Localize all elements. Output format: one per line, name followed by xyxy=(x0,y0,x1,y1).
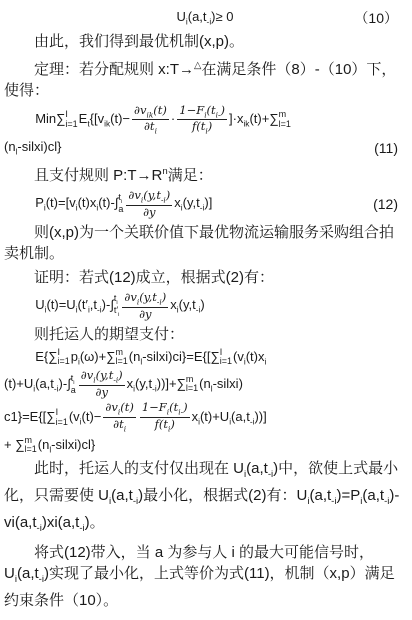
formula-line: Pi(t)=[vi(t)xi(t)-∫tia∂vi(y,t-i)∂yxi(y,t… xyxy=(4,189,406,219)
formula-line: Ui(t)=Ui(t′i,t-i)-∫tit′i∂vi(y,t-i)∂yxi(y… xyxy=(4,291,406,321)
operator-limits: Ii=1 xyxy=(220,348,232,367)
subscript: i xyxy=(155,127,157,136)
formula-line: Ui(a,t-i)≥ 0（10） xyxy=(4,8,406,28)
subscript: i xyxy=(15,574,17,585)
fraction: ∂vik(t)∂ti xyxy=(132,104,169,137)
subscript: ik xyxy=(104,119,110,129)
paragraph: 将式(12)带入，当 a 为参与人 i 的最大可能信号时，Ui(a,t-i)实现… xyxy=(4,542,406,611)
subscript: i xyxy=(244,469,246,480)
subscript: i xyxy=(244,356,246,366)
operator-limits: tit′i xyxy=(114,294,119,318)
subscript: i xyxy=(88,305,90,315)
subscript: i xyxy=(137,297,139,306)
subscript: i xyxy=(168,424,170,433)
formula-content: (nl-silxi)cl} xyxy=(4,139,61,154)
formula-line: c1}=E{[∑Ii=1(vi(t)−∂vi(t)∂ti1−Fi(ti-)f(t… xyxy=(4,401,406,434)
formula-block: E{∑Ii=1pi(ω)+∑ml=1(nl-silxi)ci}=E{[∑Ii=1… xyxy=(4,348,406,456)
subscript: i xyxy=(360,496,362,507)
formula-line: Min∑Ii=1Et{[vik(t)−∂vik(t)∂ti·1−Fi(ti-)f… xyxy=(4,104,406,137)
fraction: ∂vi(y,t-i)∂y xyxy=(79,369,125,399)
formula-content: Min∑Ii=1Et{[vik(t)−∂vik(t)∂ti·1−Fi(ti-)f… xyxy=(35,111,292,126)
subscript: l xyxy=(49,444,51,454)
formula-content: Pi(t)=[vi(t)xi(t)-∫tia∂vi(y,t-i)∂yxi(y,t… xyxy=(35,195,212,210)
paragraph: 证明：若式(12)成立，根据式(2)有： xyxy=(4,267,406,288)
operator-limits: tia xyxy=(71,374,76,395)
paragraph: 且支付规则 P:T→Rn满足： xyxy=(4,161,406,186)
formula-block: Ui(a,t-i)≥ 0（10） xyxy=(4,8,406,28)
superscript: n xyxy=(162,166,167,177)
fraction: 1−Fi(ti-)f(ti) xyxy=(140,401,190,434)
subscript: i- xyxy=(216,110,221,119)
subscript: i xyxy=(118,312,119,318)
formula-content: (t)+Ui(a,t-i)-∫tia∂vi(y,t-i)∂yxi(y,t-i))… xyxy=(4,376,243,391)
equation-number: (12) xyxy=(373,194,398,214)
subscript: i xyxy=(307,496,309,507)
subscript: -i xyxy=(152,383,157,393)
subscript: i xyxy=(118,408,120,417)
subscript: i xyxy=(205,127,207,136)
subscript: l xyxy=(16,147,18,157)
fraction: ∂vi(y,t-i)∂y xyxy=(126,189,172,219)
subscript: i xyxy=(229,417,231,427)
subscript: i xyxy=(33,383,35,393)
operator-limits: ml=1 xyxy=(186,375,198,394)
formula-line: E{∑Ii=1pi(ω)+∑ml=1(nl-silxi)ci}=E{[∑Ii=1… xyxy=(4,348,406,368)
operator-limits: ml=1 xyxy=(279,110,291,129)
document-page: Ui(a,t-i)≥ 0（10）由此，我们得到最优机制(x,p)。定理：若分配规… xyxy=(0,0,412,620)
subscript: -i xyxy=(268,469,273,480)
formula-content: c1}=E{[∑Ii=1(vi(t)−∂vi(t)∂ti1−Fi(ti-)f(t… xyxy=(4,409,267,424)
subscript: i xyxy=(181,203,183,213)
superscript: △ xyxy=(194,60,201,71)
subscript: -i xyxy=(157,297,162,306)
subscript: i xyxy=(80,417,82,427)
subscript: -i xyxy=(54,383,59,393)
subscript: i xyxy=(109,496,111,507)
subscript: i xyxy=(124,424,126,433)
subscript: i xyxy=(204,110,206,119)
fraction: ∂vi(t)∂ti xyxy=(103,401,135,434)
equation-number: （10） xyxy=(354,8,398,28)
subscript: t xyxy=(87,119,89,129)
subscript: -i xyxy=(97,305,102,315)
subscript: -i xyxy=(384,496,389,507)
formula-content: Ui(a,t-i)≥ 0 xyxy=(177,9,234,24)
subscript: i xyxy=(186,17,188,27)
subscript: -i xyxy=(39,574,44,585)
paragraph: 此时，托运人的支付仅出现在 Ui(a,t-i)中，欲使上式最小化，只需要使 Ui… xyxy=(4,458,406,539)
subscript: ik xyxy=(146,110,153,119)
subscript: -i xyxy=(196,305,201,315)
operator-limits: Ii=1 xyxy=(56,408,68,427)
operator-limits: ml=1 xyxy=(24,436,36,455)
formula-block: Min∑Ii=1Et{[vik(t)−∂vik(t)∂ti·1−Fi(ti-)f… xyxy=(4,104,406,158)
paragraph: 定理：若分配规则 x:T→△在满足条件（8）-（10）下，使得： xyxy=(4,55,406,101)
operator-limits: ml=1 xyxy=(116,348,128,367)
operator-limits: Ii=1 xyxy=(57,348,69,367)
paragraph: 则托运人的期望支付： xyxy=(4,324,406,345)
subscript: -i xyxy=(200,203,205,213)
formula-line: (t)+Ui(a,t-i)-∫tia∂vi(y,t-i)∂yxi(y,t-i))… xyxy=(4,369,406,399)
subscript: i xyxy=(44,203,46,213)
subscript: i xyxy=(198,417,200,427)
subscript: -i xyxy=(207,17,212,27)
subscript: -i xyxy=(331,496,336,507)
subscript: -i xyxy=(161,195,166,204)
fraction: ∂vi(y,t-i)∂y xyxy=(122,291,168,321)
subscript: ik xyxy=(243,119,249,129)
formula-line: + ∑ml=1(nl-silxi)cl} xyxy=(4,436,406,456)
subscript: i xyxy=(264,356,266,366)
subscript: i xyxy=(177,305,179,315)
subscript: i xyxy=(78,356,80,366)
subscript: -i xyxy=(79,523,84,534)
formula-content: + ∑ml=1(nl-silxi)cl} xyxy=(4,437,95,452)
subscript: l xyxy=(140,356,142,366)
subscript: i xyxy=(141,195,143,204)
subscript: l xyxy=(211,383,213,393)
paragraph: 则(x,p)为一个关联价值下最优物流运输服务采购组合拍卖机制。 xyxy=(4,222,406,264)
subscript: i xyxy=(93,376,95,385)
formula-content: Ui(t)=Ui(t′i,t-i)-∫tit′i∂vi(y,t-i)∂yxi(y… xyxy=(35,297,205,312)
subscript: i xyxy=(133,383,135,393)
subscript: i xyxy=(76,305,78,315)
subscript: i- xyxy=(178,408,183,417)
subscript: i xyxy=(167,408,169,417)
equation-number: (11) xyxy=(374,138,398,158)
subscript: -i xyxy=(250,417,255,427)
formula-block: Pi(t)=[vi(t)xi(t)-∫tia∂vi(y,t-i)∂yxi(y,t… xyxy=(4,189,406,219)
formula-content: E{∑Ii=1pi(ω)+∑ml=1(nl-silxi)ci}=E{[∑Ii=1… xyxy=(35,349,266,364)
subscript: -i xyxy=(113,376,118,385)
fraction: 1−Fi(ti-)f(ti) xyxy=(177,104,227,137)
subscript: i xyxy=(76,203,78,213)
subscript: -i xyxy=(37,523,42,534)
subscript: i xyxy=(45,305,47,315)
paragraph: 由此，我们得到最优机制(x,p)。 xyxy=(4,31,406,52)
formula-block: Ui(t)=Ui(t′i,t-i)-∫tit′i∂vi(y,t-i)∂yxi(y… xyxy=(4,291,406,321)
subscript: i xyxy=(96,203,98,213)
subscript: -i xyxy=(133,496,138,507)
formula-line: (nl-silxi)cl}(11) xyxy=(4,138,406,158)
operator-limits: Ii=1 xyxy=(65,110,77,129)
operator-limits: tia xyxy=(118,193,123,214)
